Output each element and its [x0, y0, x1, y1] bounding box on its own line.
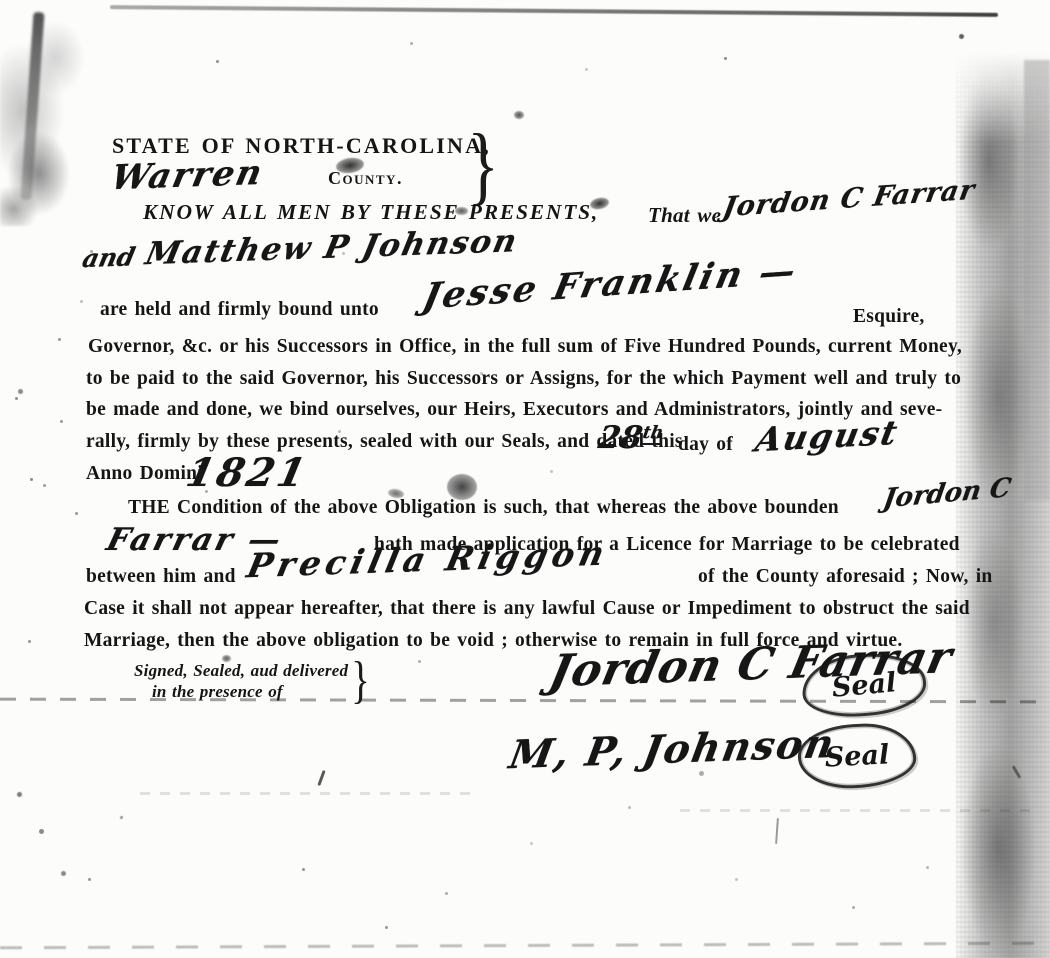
- header-brace: }: [467, 122, 499, 210]
- surety-name-handwritten: Matthew P Johnson: [142, 223, 521, 272]
- principal-name-handwritten: Jordon C Farrar: [720, 174, 977, 223]
- condition-line-3: of the County aforesaid ; Now, in: [698, 566, 993, 588]
- faint-crease-right: [680, 809, 1040, 812]
- bond-body-line-2: to be paid to the said Governor, his Suc…: [86, 368, 961, 390]
- ink-blot: [514, 111, 524, 119]
- county-label: County.: [328, 168, 403, 189]
- between-him-and-label: between him and: [86, 566, 236, 588]
- day-ordinal-suffix: th: [641, 423, 665, 445]
- state-heading: STATE OF NORTH-CAROLINA,: [112, 133, 491, 159]
- bond-body-line-4: rally, firmly by these presents, sealed …: [86, 431, 683, 453]
- seal-text: Seal: [824, 739, 890, 773]
- attestation-line-2: in the presence of: [152, 682, 283, 702]
- scan-top-edge-artifact: [110, 5, 998, 17]
- paper-right-edge-stain-light: [1024, 60, 1050, 500]
- attestation-brace: }: [351, 655, 370, 707]
- stray-mark: [317, 770, 325, 786]
- county-name-handwritten: Warren: [107, 153, 267, 199]
- paper-corner-smudge: [0, 16, 92, 226]
- esquire-label: Esquire,: [853, 306, 925, 328]
- day-of-label: day of: [678, 434, 733, 456]
- know-all-men-heading: KNOW ALL MEN BY THESE PRESENTS,: [143, 200, 599, 225]
- condition-line-1: THE Condition of the above Obligation is…: [128, 497, 839, 519]
- stray-mark: [775, 818, 779, 844]
- bottom-crease-line: [0, 942, 1050, 950]
- condition-line-4: Case it shall not appear hereafter, that…: [84, 598, 970, 620]
- signature-surety: M, P, Johnson: [506, 721, 839, 779]
- day-handwritten: 28th: [596, 420, 666, 456]
- that-we-label: That we: [648, 203, 721, 228]
- year-handwritten: 1821: [182, 450, 312, 496]
- month-handwritten: August: [752, 413, 902, 460]
- bound-unto-text: are held and firmly bound unto: [100, 299, 379, 321]
- seal-text: Seal: [831, 667, 898, 703]
- attestation-line-1: Signed, Sealed, aud delivered: [134, 661, 348, 681]
- bond-body-line-1: Governor, &c. or his Successors in Offic…: [88, 336, 962, 358]
- bride-name-handwritten: Precilla Riggon: [244, 533, 613, 585]
- marriage-bond-document: STATE OF NORTH-CAROLINA, Warren County. …: [0, 0, 1050, 958]
- faint-crease-left: [140, 792, 470, 795]
- and-word-handwritten: and: [80, 242, 138, 273]
- scan-speckles: [0, 0, 3, 3]
